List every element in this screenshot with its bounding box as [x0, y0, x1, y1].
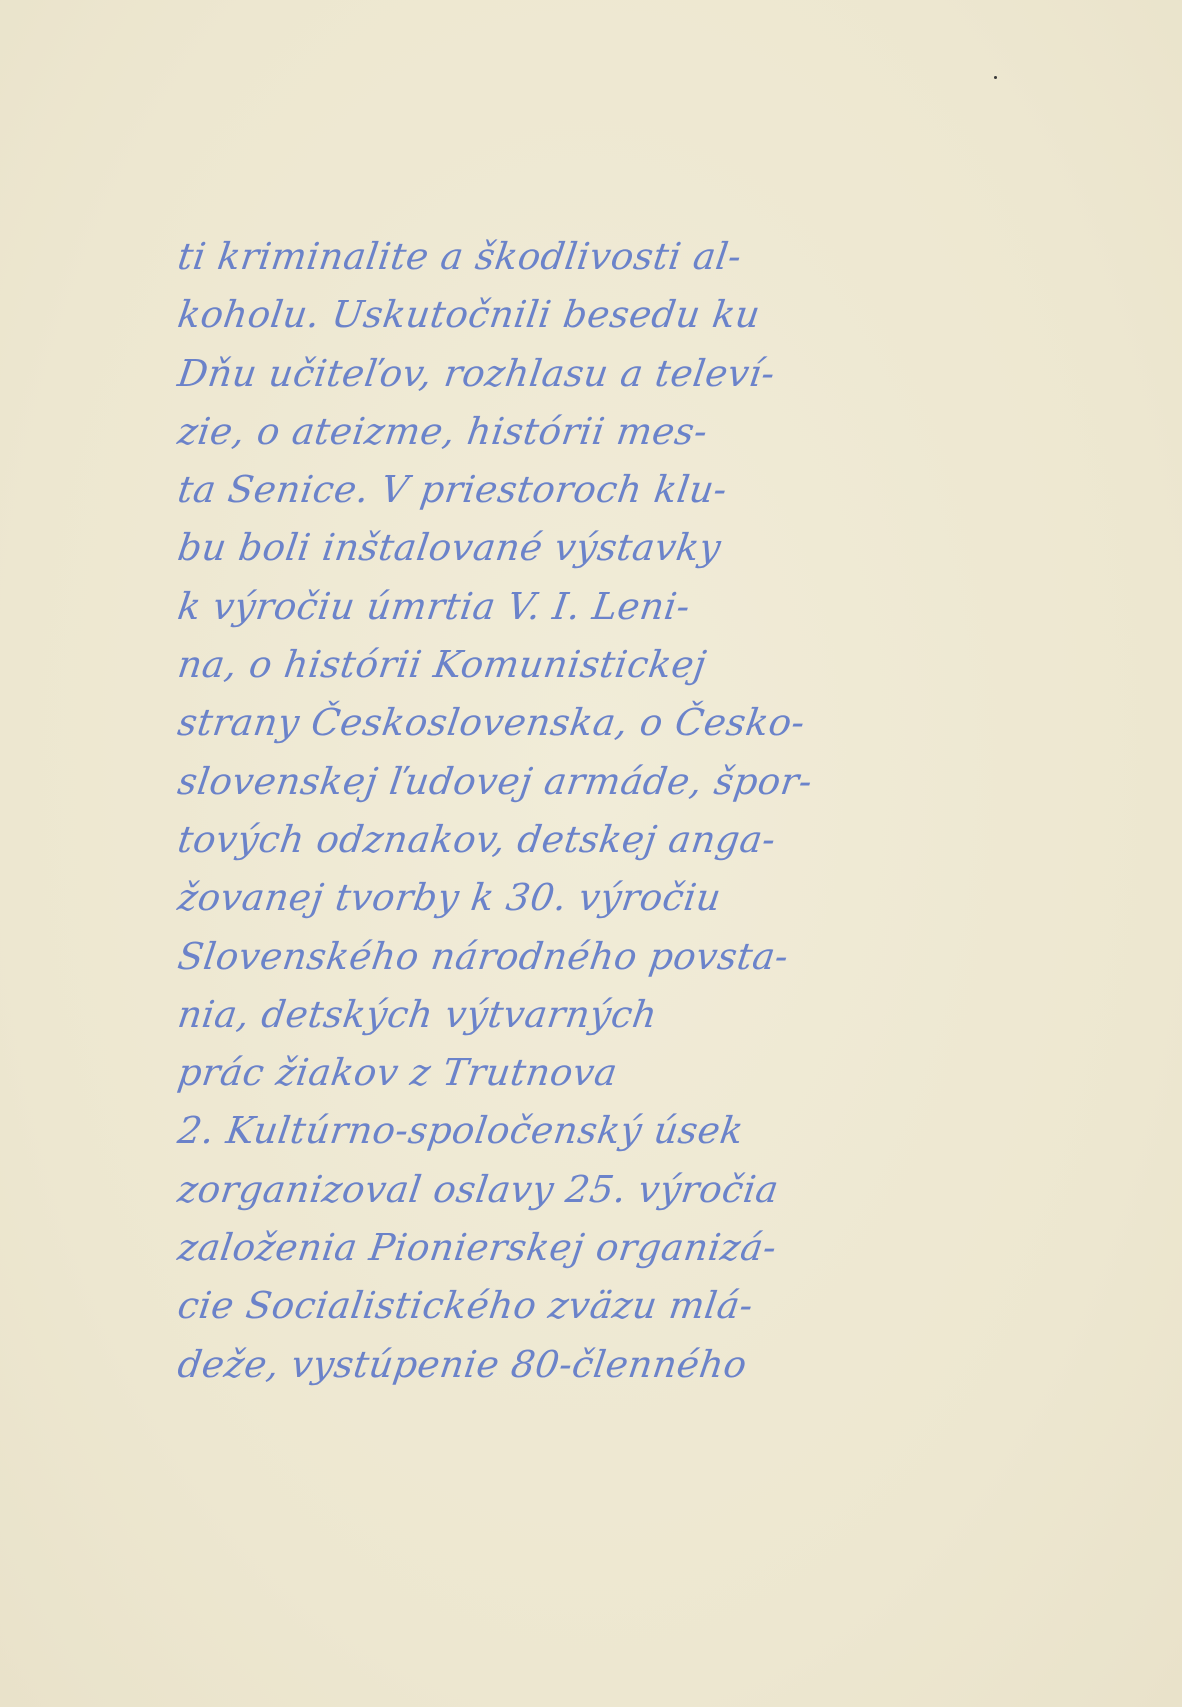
text-line: Slovenského národného povsta-	[174, 928, 942, 986]
text-line: cie Socialistického zväzu mlá-	[174, 1277, 942, 1335]
text-line: strany Československa, o Česko-	[174, 694, 942, 752]
text-line: nia, detských výtvarných	[174, 986, 942, 1044]
text-line: bu boli inštalované výstavky	[174, 519, 942, 577]
paper-speck	[994, 76, 997, 79]
text-line: k výročiu úmrtia V. I. Leni-	[174, 578, 942, 636]
text-line: prác žiakov z Trutnova	[174, 1044, 942, 1102]
text-line: deže, vystúpenie 80-členného	[174, 1336, 942, 1394]
text-line: 2. Kultúrno-spoločenský úsek	[174, 1102, 942, 1160]
text-line: zorganizoval oslavy 25. výročia	[174, 1161, 942, 1219]
text-line: na, o histórii Komunistickej	[174, 636, 942, 694]
manuscript-page: ti kriminalite a škodlivosti al- koholu.…	[0, 0, 1182, 1707]
text-line: slovenskej ľudovej armáde, špor-	[174, 753, 942, 811]
text-line: tových odznakov, detskej anga-	[174, 811, 942, 869]
text-line: zie, o ateizme, histórii mes-	[174, 403, 942, 461]
text-line: koholu. Uskutočnili besedu ku	[174, 286, 942, 344]
text-line: ta Senice. V priestoroch klu-	[174, 461, 942, 519]
handwritten-text-block: ti kriminalite a škodlivosti al- koholu.…	[178, 228, 938, 1394]
text-line: ti kriminalite a škodlivosti al-	[174, 228, 942, 286]
text-line: Dňu učiteľov, rozhlasu a televí-	[174, 345, 942, 403]
text-line: založenia Pionierskej organizá-	[174, 1219, 942, 1277]
text-line: žovanej tvorby k 30. výročiu	[174, 869, 942, 927]
